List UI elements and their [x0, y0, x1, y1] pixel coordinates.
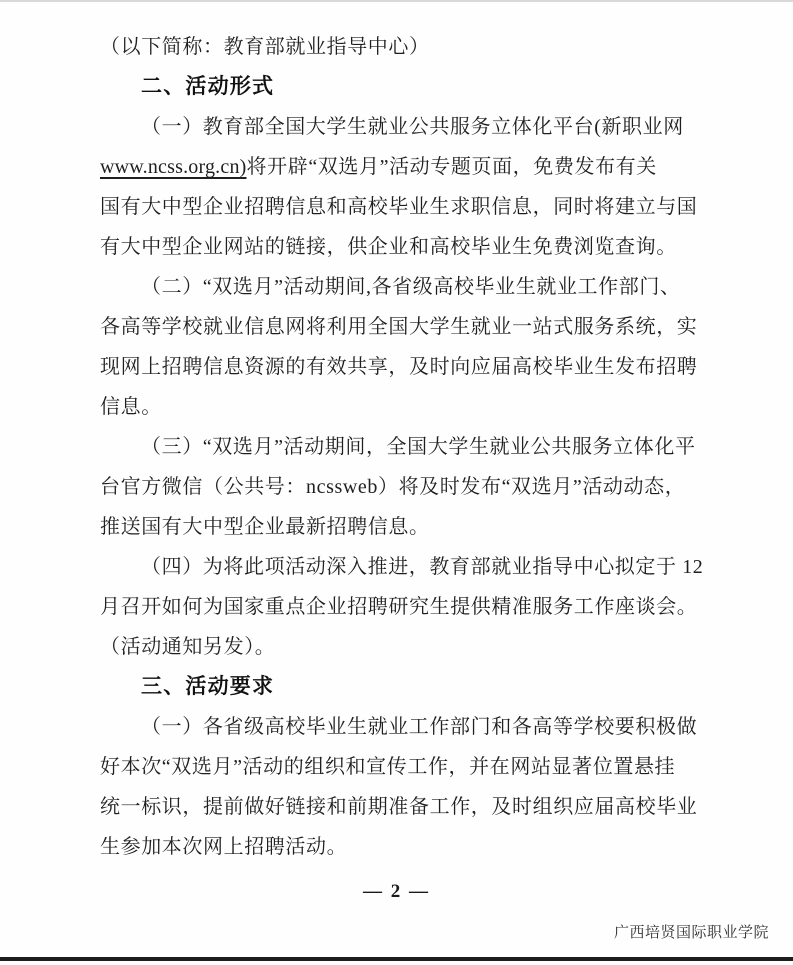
section-heading-activity-format: 二、活动形式	[100, 67, 700, 107]
page-top-edge-line	[0, 0, 793, 2]
doc-line: （一）各省级高校毕业生就业工作部门和各高等学校要积极做	[100, 707, 700, 747]
doc-line: www.ncss.org.cn)将开辟“双选月”活动专题页面，免费发布有关	[100, 147, 700, 187]
doc-line: 有大中型企业网站的链接，供企业和高校毕业生免费浏览查询。	[100, 227, 700, 267]
doc-line: （活动通知另发）。	[100, 627, 700, 667]
page-bottom-edge-line	[0, 957, 793, 961]
doc-line: （一）教育部全国大学生就业公共服务立体化平台(新职业网	[100, 107, 700, 147]
doc-line: （三）“双选月”活动期间，全国大学生就业公共服务立体化平	[100, 427, 700, 467]
doc-line: （以下简称：教育部就业指导中心）	[100, 27, 700, 67]
doc-line: 生参加本次网上招聘活动。	[100, 827, 700, 867]
doc-line: 台官方微信（公共号：ncssweb）将及时发布“双选月”活动动态，	[100, 467, 700, 507]
doc-line: 现网上招聘信息资源的有效共享，及时向应届高校毕业生发布招聘	[100, 347, 700, 387]
doc-line: （四）为将此项活动深入推进，教育部就业指导中心拟定于 12	[100, 547, 700, 587]
doc-line: 统一标识，提前做好链接和前期准备工作，及时组织应届高校毕业	[100, 787, 700, 827]
doc-line: 月召开如何为国家重点企业招聘研究生提供精准服务工作座谈会。	[100, 587, 700, 627]
section-heading-activity-requirements: 三、活动要求	[100, 667, 700, 707]
doc-line: 推送国有大中型企业最新招聘信息。	[100, 507, 700, 547]
ncss-url-link[interactable]: www.ncss.org.cn)	[100, 156, 247, 178]
watermark-school-name: 广西培贤国际职业学院	[614, 921, 769, 942]
doc-line: 好本次“双选月”活动的组织和宣传工作，并在网站显著位置悬挂	[100, 747, 700, 787]
page-number: — 2 —	[0, 881, 793, 903]
doc-line: 国有大中型企业招聘信息和高校毕业生求职信息，同时将建立与国	[100, 187, 700, 227]
doc-line-text: 将开辟“双选月”活动专题页面，免费发布有关	[247, 156, 657, 178]
doc-line: 各高等学校就业信息网将利用全国大学生就业一站式服务系统，实	[100, 307, 700, 347]
document-page: （以下简称：教育部就业指导中心） 二、活动形式 （一）教育部全国大学生就业公共服…	[0, 0, 793, 965]
doc-line: （二）“双选月”活动期间,各省级高校毕业生就业工作部门、	[100, 267, 700, 307]
document-body: （以下简称：教育部就业指导中心） 二、活动形式 （一）教育部全国大学生就业公共服…	[100, 27, 700, 867]
doc-line: 信息。	[100, 387, 700, 427]
